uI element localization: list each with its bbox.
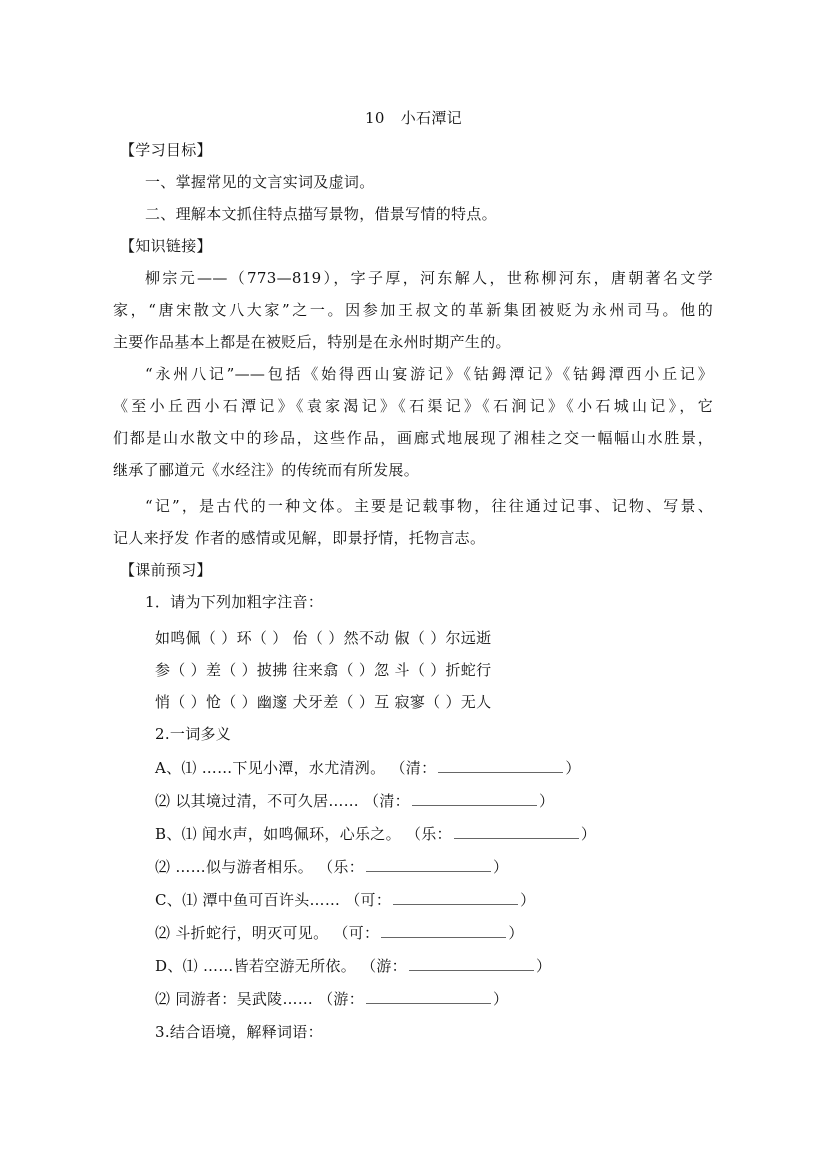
author-paragraph-line-1: 柳宗元——（773—819），字子厚，河东解人，世称柳河东，唐朝著名文学 xyxy=(145,268,713,288)
ji-genre-line-1: “记”，是古代的一种文体。主要是记载事物，往往通过记事、记物、写景、 xyxy=(145,496,713,516)
question-2-title: 2.一词多义 xyxy=(155,724,755,744)
question-1-title: 1．请为下列加粗字注音： xyxy=(145,592,745,612)
goals-heading: 【学习目标】 xyxy=(120,140,720,160)
question-1-row-3: 悄（ ）怆（ ）幽邃 犬牙差（ ）互 寂寥（ ）无人 xyxy=(155,692,755,712)
answer-blank[interactable] xyxy=(438,758,563,773)
eight-records-line-2: 《至小丘西小石潭记》《袁家渴记》《石渠记》《石涧记》《小石城山记》，它 xyxy=(113,396,713,416)
question-3-title: 3.结合语境，解释词语： xyxy=(155,1022,755,1042)
question-1-row-1: 如鸣佩（ ）环（ ） 佁（ ）然不动 俶（ ）尔远逝 xyxy=(155,628,755,648)
preview-heading: 【课前预习】 xyxy=(120,560,720,580)
polysemy-item: A、⑴ ……下见小潭，水尤清洌。 （清：） xyxy=(155,758,755,778)
polysemy-item: C、⑴ 潭中鱼可百许头…… （可：） xyxy=(155,890,755,910)
eight-records-line-1: “永州八记”——包括《始得西山宴游记》《钴鉧潭记》《钴鉧潭西小丘记》 xyxy=(145,364,713,384)
ji-genre-line-2: 记人来抒发 作者的感情或见解，即景抒情，托物言志。 xyxy=(113,528,713,548)
answer-blank[interactable] xyxy=(454,824,579,839)
polysemy-item: ⑵ ……似与游者相乐。 （乐：） xyxy=(155,857,755,877)
knowledge-heading: 【知识链接】 xyxy=(120,236,720,256)
eight-records-line-3: 们都是山水散文中的珍品，这些作品，画廊式地展现了湘桂之交一幅幅山水胜景， xyxy=(113,428,713,448)
page-title: 10小石潭记 xyxy=(0,108,827,128)
author-paragraph-line-3: 主要作品基本上都是在被贬后，特别是在永州时期产生的。 xyxy=(113,332,713,352)
polysemy-item: ⑵ 斗折蛇行，明灭可见。 （可：） xyxy=(155,923,755,943)
eight-records-line-4: 继承了郦道元《水经注》的传统而有所发展。 xyxy=(113,460,713,480)
polysemy-item: ⑵ 以其境过清，不可久居…… （清：） xyxy=(155,791,755,811)
answer-blank[interactable] xyxy=(409,956,534,971)
goal-2: 二、理解本文抓住特点描写景物，借景写情的特点。 xyxy=(145,204,745,224)
polysemy-item: B、⑴ 闻水声，如鸣佩环，心乐之。 （乐：） xyxy=(155,824,755,844)
answer-blank[interactable] xyxy=(366,989,491,1004)
answer-blank[interactable] xyxy=(393,890,518,905)
answer-blank[interactable] xyxy=(381,923,506,938)
lesson-title: 小石潭记 xyxy=(401,109,462,127)
question-1-row-2: 参（ ）差（ ）披拂 往来翕（ ）忽 斗（ ）折蛇行 xyxy=(155,660,755,680)
answer-blank[interactable] xyxy=(366,857,491,872)
goal-1: 一、掌握常见的文言实词及虚词。 xyxy=(145,172,745,192)
author-paragraph-line-2: 家，“唐宋散文八大家”之一。因参加王叔文的革新集团被贬为永州司马。他的 xyxy=(113,300,713,320)
document-page: 10小石潭记 【学习目标】 一、掌握常见的文言实词及虚词。 二、理解本文抓住特点… xyxy=(0,0,827,1169)
answer-blank[interactable] xyxy=(412,791,537,806)
polysemy-item: ⑵ 同游者：吴武陵…… （游：） xyxy=(155,989,755,1009)
polysemy-item: D、⑴ ……皆若空游无所依。 （游：） xyxy=(155,956,755,976)
lesson-number: 10 xyxy=(365,109,385,127)
